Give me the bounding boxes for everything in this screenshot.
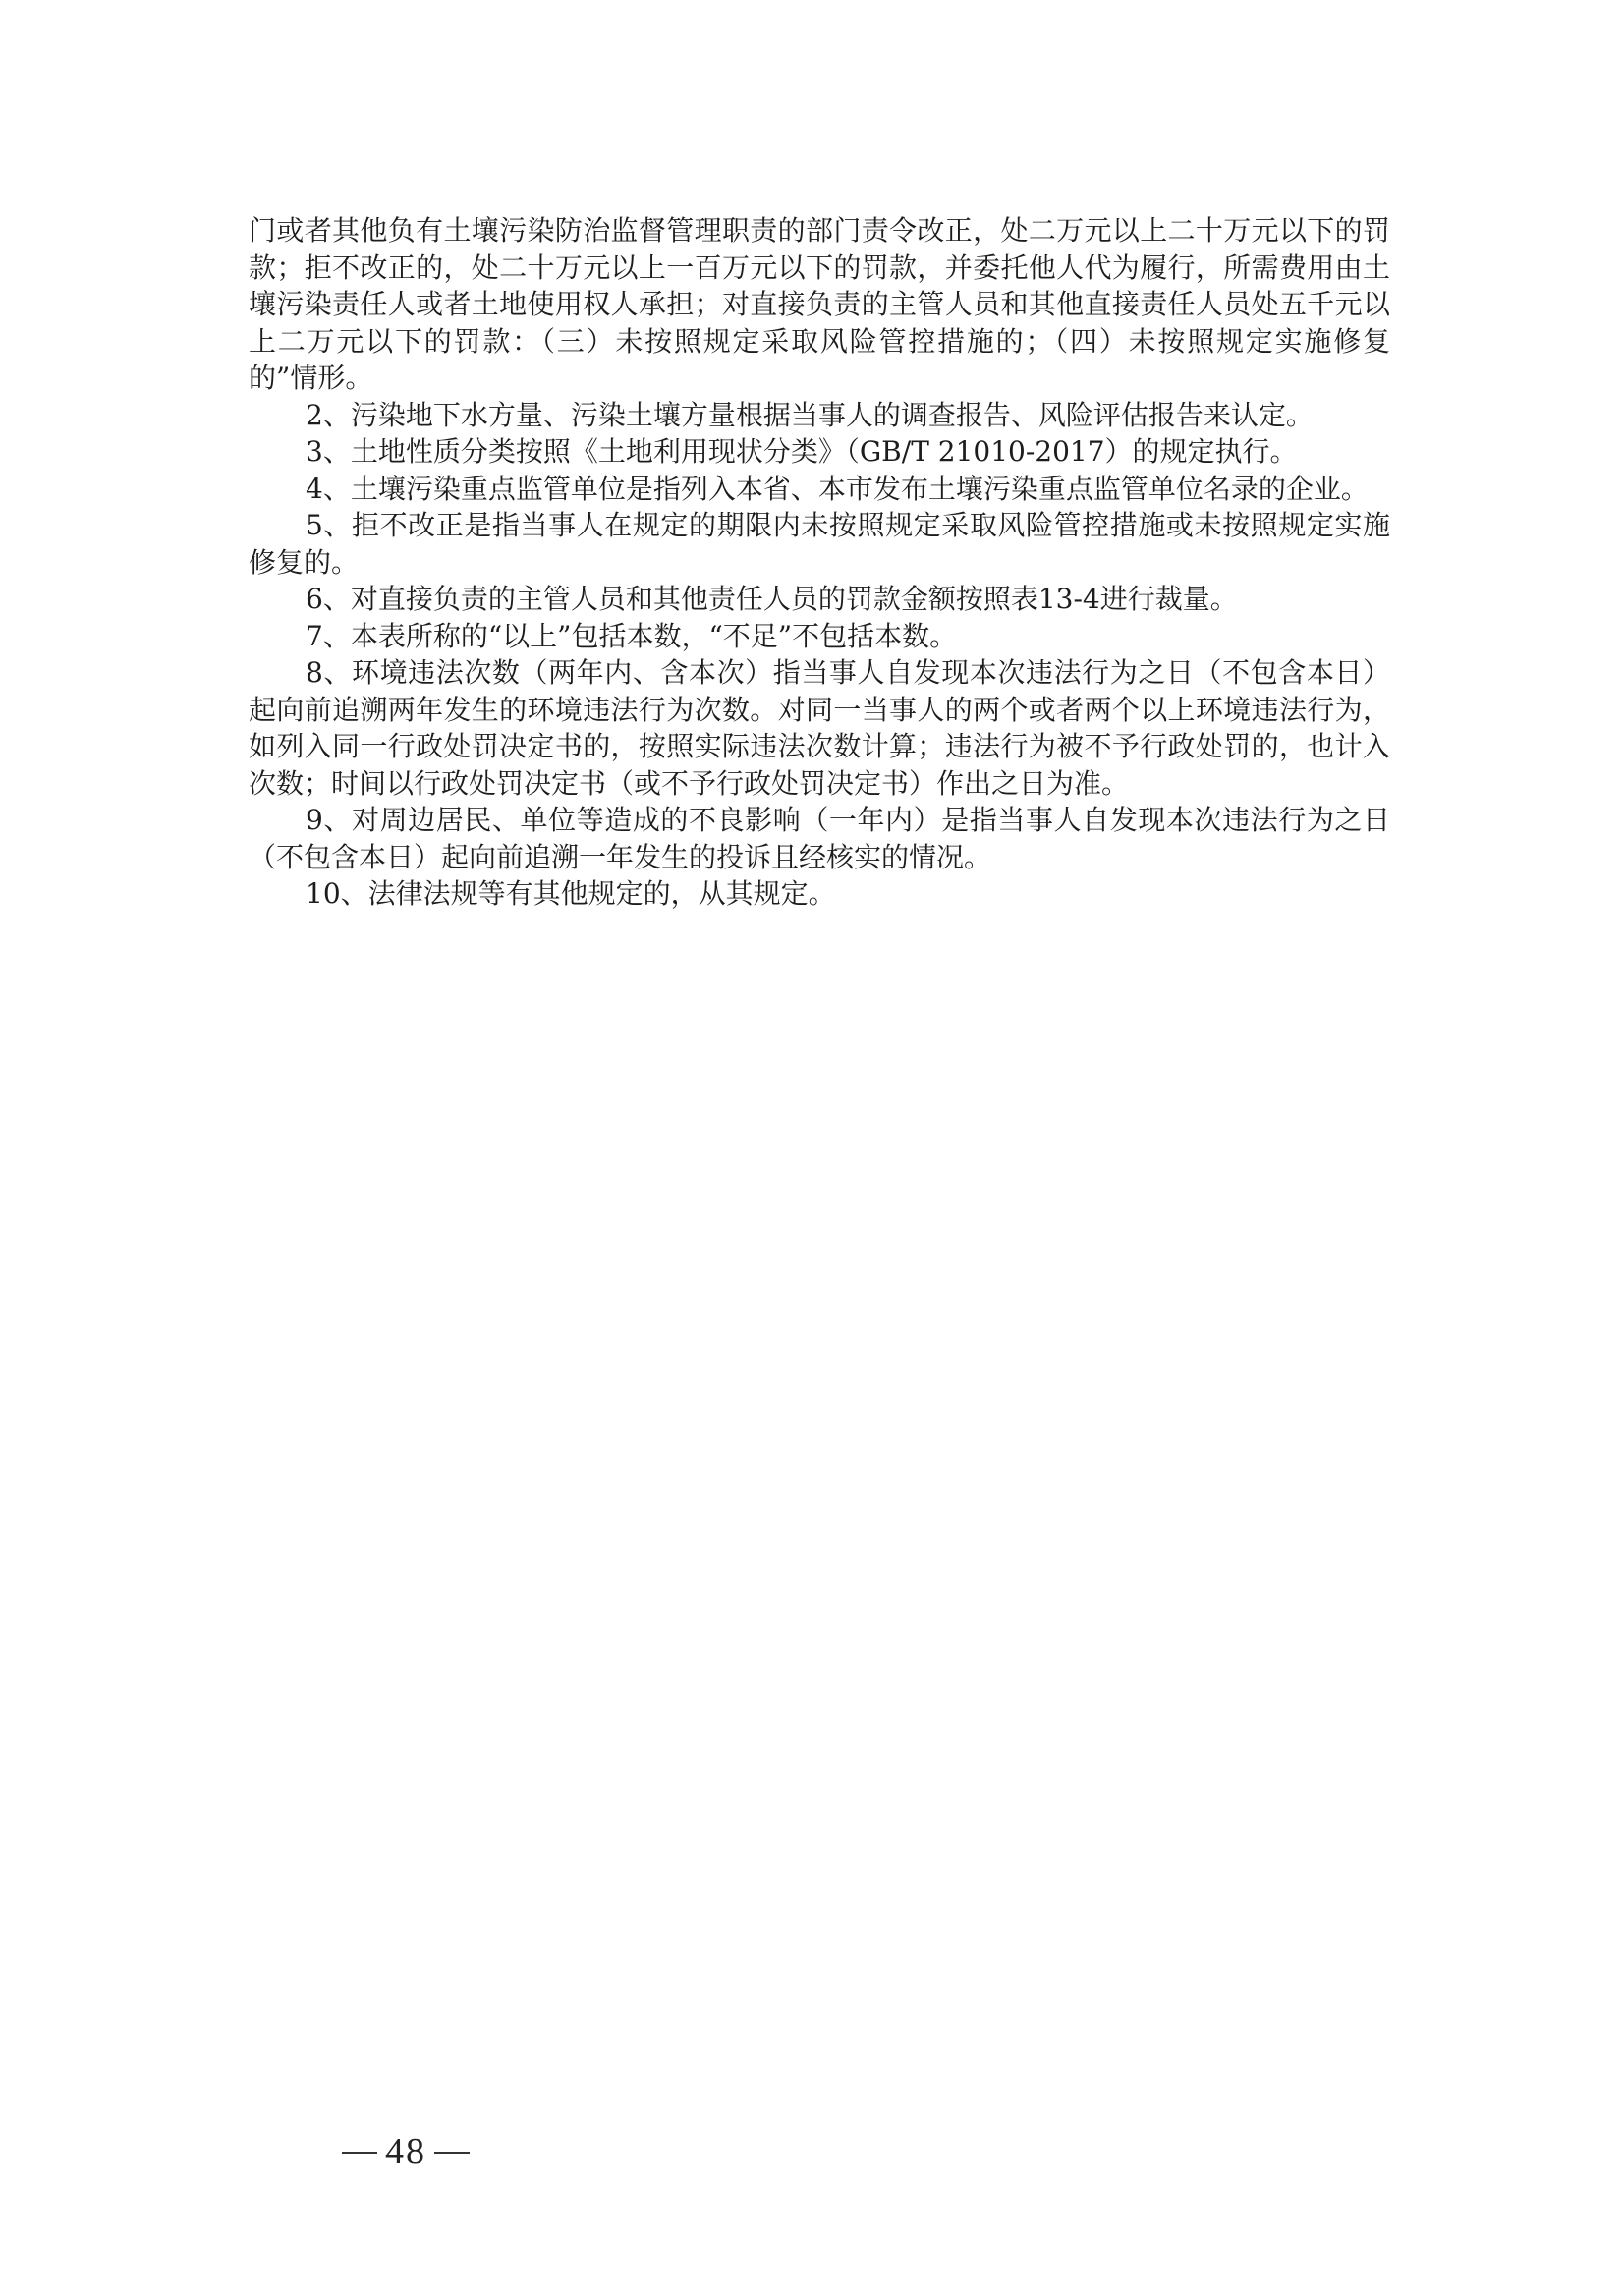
note-item-2: 2、污染地下水方量、污染土壤方量根据当事人的调查报告、风险评估报告来认定。 (249, 397, 1390, 434)
body-text: 门或者其他负有土壤污染防治监督管理职责的部门责令改正，处二万元以上二十万元以下的… (249, 212, 1390, 913)
note-item-4: 4、土壤污染重点监管单位是指列入本省、本市发布土壤污染重点监管单位名录的企业。 (249, 471, 1390, 508)
page-number-value: 48 (385, 2131, 426, 2172)
note-item-5: 5、拒不改正是指当事人在规定的期限内未按照规定采取风险管控措施或未按照规定实施修… (249, 507, 1390, 581)
note-item-8: 8、环境违法次数（两年内、含本次）指当事人自发现本次违法行为之日（不包含本日）起… (249, 654, 1390, 802)
note-item-10: 10、法律法规等有其他规定的，从其规定。 (249, 875, 1390, 913)
dash-left (342, 2152, 377, 2154)
note-item-6: 6、对直接负责的主管人员和其他责任人员的罚款金额按照表13-4进行裁量。 (249, 581, 1390, 618)
document-page: 门或者其他负有土壤污染防治监督管理职责的部门责令改正，处二万元以上二十万元以下的… (0, 0, 1624, 2295)
note-item-7: 7、本表所称的“以上”包括本数，“不足”不包括本数。 (249, 618, 1390, 655)
note-item-3: 3、土地性质分类按照《土地利用现状分类》（GB/T 21010-2017）的规定… (249, 433, 1390, 471)
dash-right (434, 2152, 470, 2154)
page-number: 48 (334, 2130, 481, 2173)
paragraph-continuation: 门或者其他负有土壤污染防治监督管理职责的部门责令改正，处二万元以上二十万元以下的… (249, 212, 1390, 397)
note-item-9: 9、对周边居民、单位等造成的不良影响（一年内）是指当事人自发现本次违法行为之日（… (249, 802, 1390, 875)
